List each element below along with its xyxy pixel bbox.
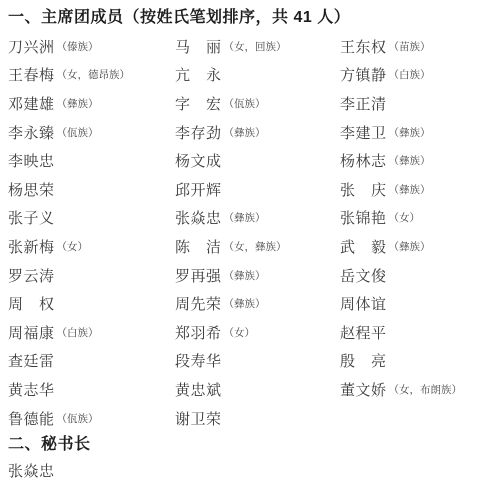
list-item: 谢卫荣 bbox=[175, 404, 340, 433]
ethnic-note: （苗族） bbox=[389, 39, 431, 54]
list-item: 郑羽希（女） bbox=[175, 318, 340, 347]
list-item: 邱开辉 bbox=[175, 175, 340, 204]
ethnic-note: （彝族） bbox=[389, 239, 431, 254]
member-name: 罗云涛 bbox=[8, 265, 55, 286]
member-name: 亢 永 bbox=[175, 64, 222, 85]
document-page: 一、主席团成员（按姓氏笔划排序，共 41 人） 刀兴洲（傣族） 王春梅（女，德昂… bbox=[0, 0, 500, 485]
member-name: 罗再强 bbox=[175, 265, 222, 286]
list-item: 张焱忠 bbox=[8, 456, 500, 485]
ethnic-note: （白族） bbox=[57, 325, 99, 340]
ethnic-note: （彝族） bbox=[389, 182, 431, 197]
member-name: 李永臻 bbox=[8, 122, 55, 143]
list-item: 陈 洁（女，彝族） bbox=[175, 232, 340, 261]
ethnic-note: （傣族） bbox=[57, 39, 99, 54]
member-list: 刀兴洲（傣族） 王春梅（女，德昂族） 邓建雄（彝族） 李永臻（佤族） 李映忠 杨… bbox=[8, 32, 500, 432]
list-item: 段寿华 bbox=[175, 347, 340, 376]
member-name: 段寿华 bbox=[175, 350, 222, 371]
member-column-1: 刀兴洲（傣族） 王春梅（女，德昂族） 邓建雄（彝族） 李永臻（佤族） 李映忠 杨… bbox=[8, 32, 175, 432]
list-item: 张子义 bbox=[8, 204, 175, 233]
list-item: 王东权（苗族） bbox=[340, 32, 500, 61]
member-name: 张焱忠 bbox=[8, 460, 55, 481]
ethnic-note: （彝族） bbox=[57, 96, 99, 111]
list-item: 罗再强（彝族） bbox=[175, 261, 340, 290]
member-name: 李正清 bbox=[340, 93, 387, 114]
ethnic-note: （女，彝族） bbox=[224, 239, 287, 254]
member-name: 查廷雷 bbox=[8, 350, 55, 371]
ethnic-note: （女） bbox=[389, 210, 421, 225]
ethnic-note: （佤族） bbox=[224, 96, 266, 111]
member-name: 周先荣 bbox=[175, 293, 222, 314]
member-name: 陈 洁 bbox=[175, 236, 222, 257]
member-column-3: 王东权（苗族） 方镇静（白族） 李正清 李建卫（彝族） 杨林志（彝族） 张 庆（… bbox=[340, 32, 500, 404]
member-name: 马 丽 bbox=[175, 36, 222, 57]
member-name: 刀兴洲 bbox=[8, 36, 55, 57]
member-name: 王春梅 bbox=[8, 64, 55, 85]
member-name: 张焱忠 bbox=[175, 207, 222, 228]
member-name: 杨思荣 bbox=[8, 179, 55, 200]
ethnic-note: （佤族） bbox=[57, 125, 99, 140]
section2-title: 二、秘书长 bbox=[8, 434, 500, 456]
list-item: 武 毅（彝族） bbox=[340, 232, 500, 261]
list-item: 鲁德能（佤族） bbox=[8, 404, 175, 433]
list-item: 亢 永 bbox=[175, 61, 340, 90]
member-name: 张新梅 bbox=[8, 236, 55, 257]
member-name: 黄忠斌 bbox=[175, 379, 222, 400]
ethnic-note: （女，德昂族） bbox=[57, 67, 131, 82]
member-name: 岳文俊 bbox=[340, 265, 387, 286]
member-name: 李存劲 bbox=[175, 122, 222, 143]
ethnic-note: （白族） bbox=[389, 67, 431, 82]
ethnic-note: （彝族） bbox=[389, 125, 431, 140]
list-item: 杨文成 bbox=[175, 146, 340, 175]
list-item: 周体谊 bbox=[340, 289, 500, 318]
list-item: 董文娇（女，布朗族） bbox=[340, 375, 500, 404]
list-item: 李存劲（彝族） bbox=[175, 118, 340, 147]
list-item: 罗云涛 bbox=[8, 261, 175, 290]
list-item: 黄志华 bbox=[8, 375, 175, 404]
list-item: 张锦艳（女） bbox=[340, 204, 500, 233]
member-name: 周 权 bbox=[8, 293, 55, 314]
member-name: 殷 亮 bbox=[340, 350, 387, 371]
ethnic-note: （女） bbox=[224, 325, 256, 340]
member-name: 杨文成 bbox=[175, 150, 222, 171]
list-item: 李正清 bbox=[340, 89, 500, 118]
member-name: 方镇静 bbox=[340, 64, 387, 85]
list-item: 马 丽（女，回族） bbox=[175, 32, 340, 61]
member-name: 赵程平 bbox=[340, 322, 387, 343]
ethnic-note: （彝族） bbox=[224, 125, 266, 140]
list-item: 方镇静（白族） bbox=[340, 61, 500, 90]
list-item: 张焱忠（彝族） bbox=[175, 204, 340, 233]
ethnic-note: （彝族） bbox=[224, 296, 266, 311]
list-item: 周福康（白族） bbox=[8, 318, 175, 347]
ethnic-note: （女，布朗族） bbox=[389, 382, 463, 397]
member-name: 黄志华 bbox=[8, 379, 55, 400]
member-name: 邓建雄 bbox=[8, 93, 55, 114]
list-item: 李建卫（彝族） bbox=[340, 118, 500, 147]
member-name: 周福康 bbox=[8, 322, 55, 343]
member-name: 王东权 bbox=[340, 36, 387, 57]
member-name: 李建卫 bbox=[340, 122, 387, 143]
list-item: 李映忠 bbox=[8, 146, 175, 175]
member-name: 张 庆 bbox=[340, 179, 387, 200]
list-item: 张 庆（彝族） bbox=[340, 175, 500, 204]
member-name: 周体谊 bbox=[340, 293, 387, 314]
member-name: 郑羽希 bbox=[175, 322, 222, 343]
member-name: 武 毅 bbox=[340, 236, 387, 257]
section1-title: 一、主席团成员（按姓氏笔划排序，共 41 人） bbox=[8, 8, 500, 28]
member-name: 李映忠 bbox=[8, 150, 55, 171]
list-item: 黄忠斌 bbox=[175, 375, 340, 404]
member-name: 张子义 bbox=[8, 207, 55, 228]
list-item: 查廷雷 bbox=[8, 347, 175, 376]
member-name: 董文娇 bbox=[340, 379, 387, 400]
ethnic-note: （女） bbox=[57, 239, 89, 254]
member-name: 鲁德能 bbox=[8, 408, 55, 429]
list-item: 王春梅（女，德昂族） bbox=[8, 61, 175, 90]
member-name: 谢卫荣 bbox=[175, 408, 222, 429]
list-item: 岳文俊 bbox=[340, 261, 500, 290]
member-name: 张锦艳 bbox=[340, 207, 387, 228]
list-item: 杨思荣 bbox=[8, 175, 175, 204]
list-item: 周先荣（彝族） bbox=[175, 289, 340, 318]
member-column-2: 马 丽（女，回族） 亢 永 字 宏（佤族） 李存劲（彝族） 杨文成 邱开辉 张焱… bbox=[175, 32, 340, 432]
list-item: 周 权 bbox=[8, 289, 175, 318]
member-name: 邱开辉 bbox=[175, 179, 222, 200]
member-name: 杨林志 bbox=[340, 150, 387, 171]
ethnic-note: （彝族） bbox=[224, 268, 266, 283]
list-item: 张新梅（女） bbox=[8, 232, 175, 261]
ethnic-note: （佤族） bbox=[57, 411, 99, 426]
list-item: 杨林志（彝族） bbox=[340, 146, 500, 175]
list-item: 李永臻（佤族） bbox=[8, 118, 175, 147]
ethnic-note: （女，回族） bbox=[224, 39, 287, 54]
list-item: 刀兴洲（傣族） bbox=[8, 32, 175, 61]
member-name: 字 宏 bbox=[175, 93, 222, 114]
list-item: 殷 亮 bbox=[340, 347, 500, 376]
list-item: 字 宏（佤族） bbox=[175, 89, 340, 118]
ethnic-note: （彝族） bbox=[389, 153, 431, 168]
ethnic-note: （彝族） bbox=[224, 210, 266, 225]
list-item: 赵程平 bbox=[340, 318, 500, 347]
list-item: 邓建雄（彝族） bbox=[8, 89, 175, 118]
